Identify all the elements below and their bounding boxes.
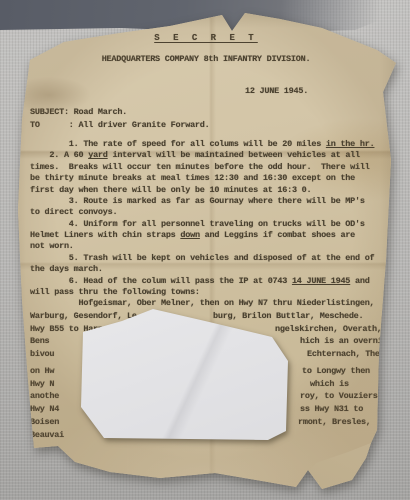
photo-of-document: S E C R E T HEADQUARTERS COMPANY 8th INF… (0, 0, 410, 500)
white-cover-paper (0, 0, 410, 500)
cover-paper-wrapper (0, 0, 410, 500)
